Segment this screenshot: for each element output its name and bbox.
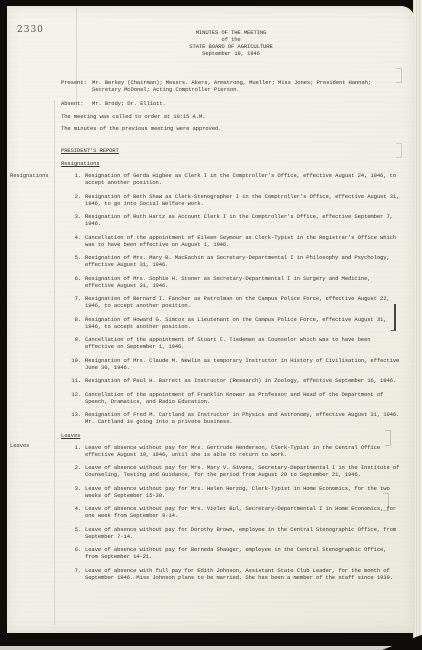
title-line-3: STATE BOARD OF AGRICULTURE xyxy=(61,43,401,50)
report-heading-text: PRESIDENT'S REPORT xyxy=(61,147,119,154)
item-number: 11. xyxy=(61,377,85,384)
leave-item: 2. Leave of absence without pay for Mrs.… xyxy=(61,464,401,478)
resignation-item: 13. Resignation of Fred M. Cartland as I… xyxy=(61,411,401,425)
minutes-approved-line: The minutes of the previous meeting were… xyxy=(61,125,401,132)
item-text: Leave of absence without pay for Mrs. Vi… xyxy=(85,505,401,519)
resignation-item: 7. Resignation of Bernard I. Fancher as … xyxy=(61,295,401,309)
pencil-margin-mark xyxy=(396,68,402,83)
resignation-item: 6. Resignation of Mrs. Sophie H. Stoner … xyxy=(61,275,401,289)
present-label: Present: xyxy=(61,79,92,93)
item-text: Leave of absence without pay for Dorothy… xyxy=(85,526,401,540)
item-text: Cancellation of the appointment of Stuar… xyxy=(85,336,401,350)
item-number: 5. xyxy=(61,254,85,268)
item-number: 1. xyxy=(61,172,85,186)
resignations-heading: Resignations xyxy=(61,160,401,167)
item-text: Leave of absence without pay for Berneda… xyxy=(85,546,401,560)
item-text: Resignation of Gerda Higbee as Clerk I i… xyxy=(85,172,401,186)
leave-item: 4. Leave of absence without pay for Mrs.… xyxy=(61,505,401,519)
item-text: Resignation of Mrs. Claude M. Newlin as … xyxy=(85,357,401,371)
resignation-item: 3. Resignation of Ruth Hartz as Account … xyxy=(61,213,401,227)
item-number: 2. xyxy=(61,464,85,478)
item-number: 13. xyxy=(61,411,85,425)
margin-note-resignations: Resignations xyxy=(10,172,48,179)
report-heading: PRESIDENT'S REPORT xyxy=(61,147,401,154)
called-to-order-line: The meeting was called to order at 10:15… xyxy=(61,113,401,120)
leave-item: 3. Leave of absence without pay for Mrs.… xyxy=(61,485,401,499)
item-text: Resignation of Bernard I. Fancher as Pat… xyxy=(85,295,401,309)
present-text: Mr. Berkey (Chairman); Messrs. Akers, Ar… xyxy=(92,79,401,93)
resignation-item: 2. Resignation of Beth Shaw as Clerk-Ste… xyxy=(61,193,401,207)
page-number: 2330 xyxy=(17,25,44,35)
item-number: 6. xyxy=(61,546,85,560)
pencil-margin-tick xyxy=(391,304,396,331)
absent-text: Mr. Brody; Dr. Elliott. xyxy=(92,100,401,107)
item-number: 8. xyxy=(61,316,85,330)
resignation-item: 10. Resignation of Mrs. Claude M. Newlin… xyxy=(61,357,401,371)
item-text: Resignation of Howard G. Simcox as Lieut… xyxy=(85,316,401,330)
item-text: Resignation of Mrs. Mary B. MacEachin as… xyxy=(85,254,401,268)
title-line-1: MINUTES OF THE MEETING xyxy=(61,29,401,36)
item-number: 5. xyxy=(61,526,85,540)
absent-row: Absent: Mr. Brody; Dr. Elliott. xyxy=(61,100,401,107)
document-title: MINUTES OF THE MEETING of the STATE BOAR… xyxy=(61,29,401,57)
item-number: 7. xyxy=(61,567,85,581)
item-text: Leave of absence without pay for Mrs. He… xyxy=(85,485,401,499)
resignation-item: 12. Cancellation of the appointment of F… xyxy=(61,391,401,405)
item-text: Resignation of Fred M. Cartland as Instr… xyxy=(85,411,401,425)
item-number: 6. xyxy=(61,275,85,289)
absent-label: Absent: xyxy=(61,100,92,107)
leaves-heading: Leaves xyxy=(61,432,401,439)
item-text: Leave of absence without pay for Mrs. Ge… xyxy=(85,444,401,458)
leave-item: 6. Leave of absence without pay for Bern… xyxy=(61,546,401,560)
item-text: Leave of absence without pay for Mrs. Ma… xyxy=(85,464,401,478)
item-number: 10. xyxy=(61,357,85,371)
item-number: 1. xyxy=(61,444,85,458)
item-number: 4. xyxy=(61,505,85,519)
item-number: 3. xyxy=(61,213,85,227)
present-row: Present: Mr. Berkey (Chairman); Messrs. … xyxy=(61,79,401,93)
item-text: Cancellation of the appointment of Frank… xyxy=(85,391,401,405)
leave-item: 5. Leave of absence without pay for Doro… xyxy=(61,526,401,540)
item-text: Resignation of Ruth Hartz as Account Cle… xyxy=(85,213,401,227)
resignation-item: 4. Cancellation of the appointment of Ei… xyxy=(61,234,401,248)
document-body: Present: Mr. Berkey (Chairman); Messrs. … xyxy=(61,79,401,587)
resignation-item: 11. Resignation of Paul H. Barrett as In… xyxy=(61,377,401,384)
item-text: Resignation of Beth Shaw as Clerk-Stenog… xyxy=(85,193,401,207)
paper-crease xyxy=(54,100,55,625)
pencil-margin-mark xyxy=(385,430,391,446)
leave-item: 1. Leave of absence without pay for Mrs.… xyxy=(61,444,401,458)
item-number: 9. xyxy=(61,336,85,350)
leave-item: 7. Leave of absence with full pay for Ed… xyxy=(61,567,401,581)
title-line-4: September 19, 1946 xyxy=(61,50,401,57)
item-text: Resignation of Paul H. Barrett as Instru… xyxy=(85,377,401,384)
resignations-heading-text: Resignations xyxy=(61,160,99,167)
leaves-heading-text: Leaves xyxy=(61,432,80,439)
title-line-2: of the xyxy=(61,36,401,43)
leaves-list: 1. Leave of absence without pay for Mrs.… xyxy=(61,444,401,581)
item-text: Cancellation of the appointment of Eilee… xyxy=(85,234,401,248)
margin-note-leaves: Leaves xyxy=(10,442,29,449)
item-number: 2. xyxy=(61,193,85,207)
resignation-item: 1. Resignation of Gerda Higbee as Clerk … xyxy=(61,172,401,186)
resignations-list: 1. Resignation of Gerda Higbee as Clerk … xyxy=(61,172,401,425)
resignation-item: 9. Cancellation of the appointment of St… xyxy=(61,336,401,350)
resignation-item: 5. Resignation of Mrs. Mary B. MacEachin… xyxy=(61,254,401,268)
pencil-margin-mark xyxy=(383,493,389,511)
item-text: Resignation of Mrs. Sophie H. Stoner as … xyxy=(85,275,401,289)
item-number: 7. xyxy=(61,295,85,309)
scanned-page: 2330 MINUTES OF THE MEETING of the STATE… xyxy=(0,0,422,650)
item-number: 3. xyxy=(61,485,85,499)
item-text: Leave of absence with full pay for Edith… xyxy=(85,567,401,581)
pencil-margin-mark xyxy=(396,143,402,158)
item-number: 4. xyxy=(61,234,85,248)
scan-bottom-edge xyxy=(0,646,422,650)
item-number: 12. xyxy=(61,391,85,405)
resignation-item: 8. Resignation of Howard G. Simcox as Li… xyxy=(61,316,401,330)
